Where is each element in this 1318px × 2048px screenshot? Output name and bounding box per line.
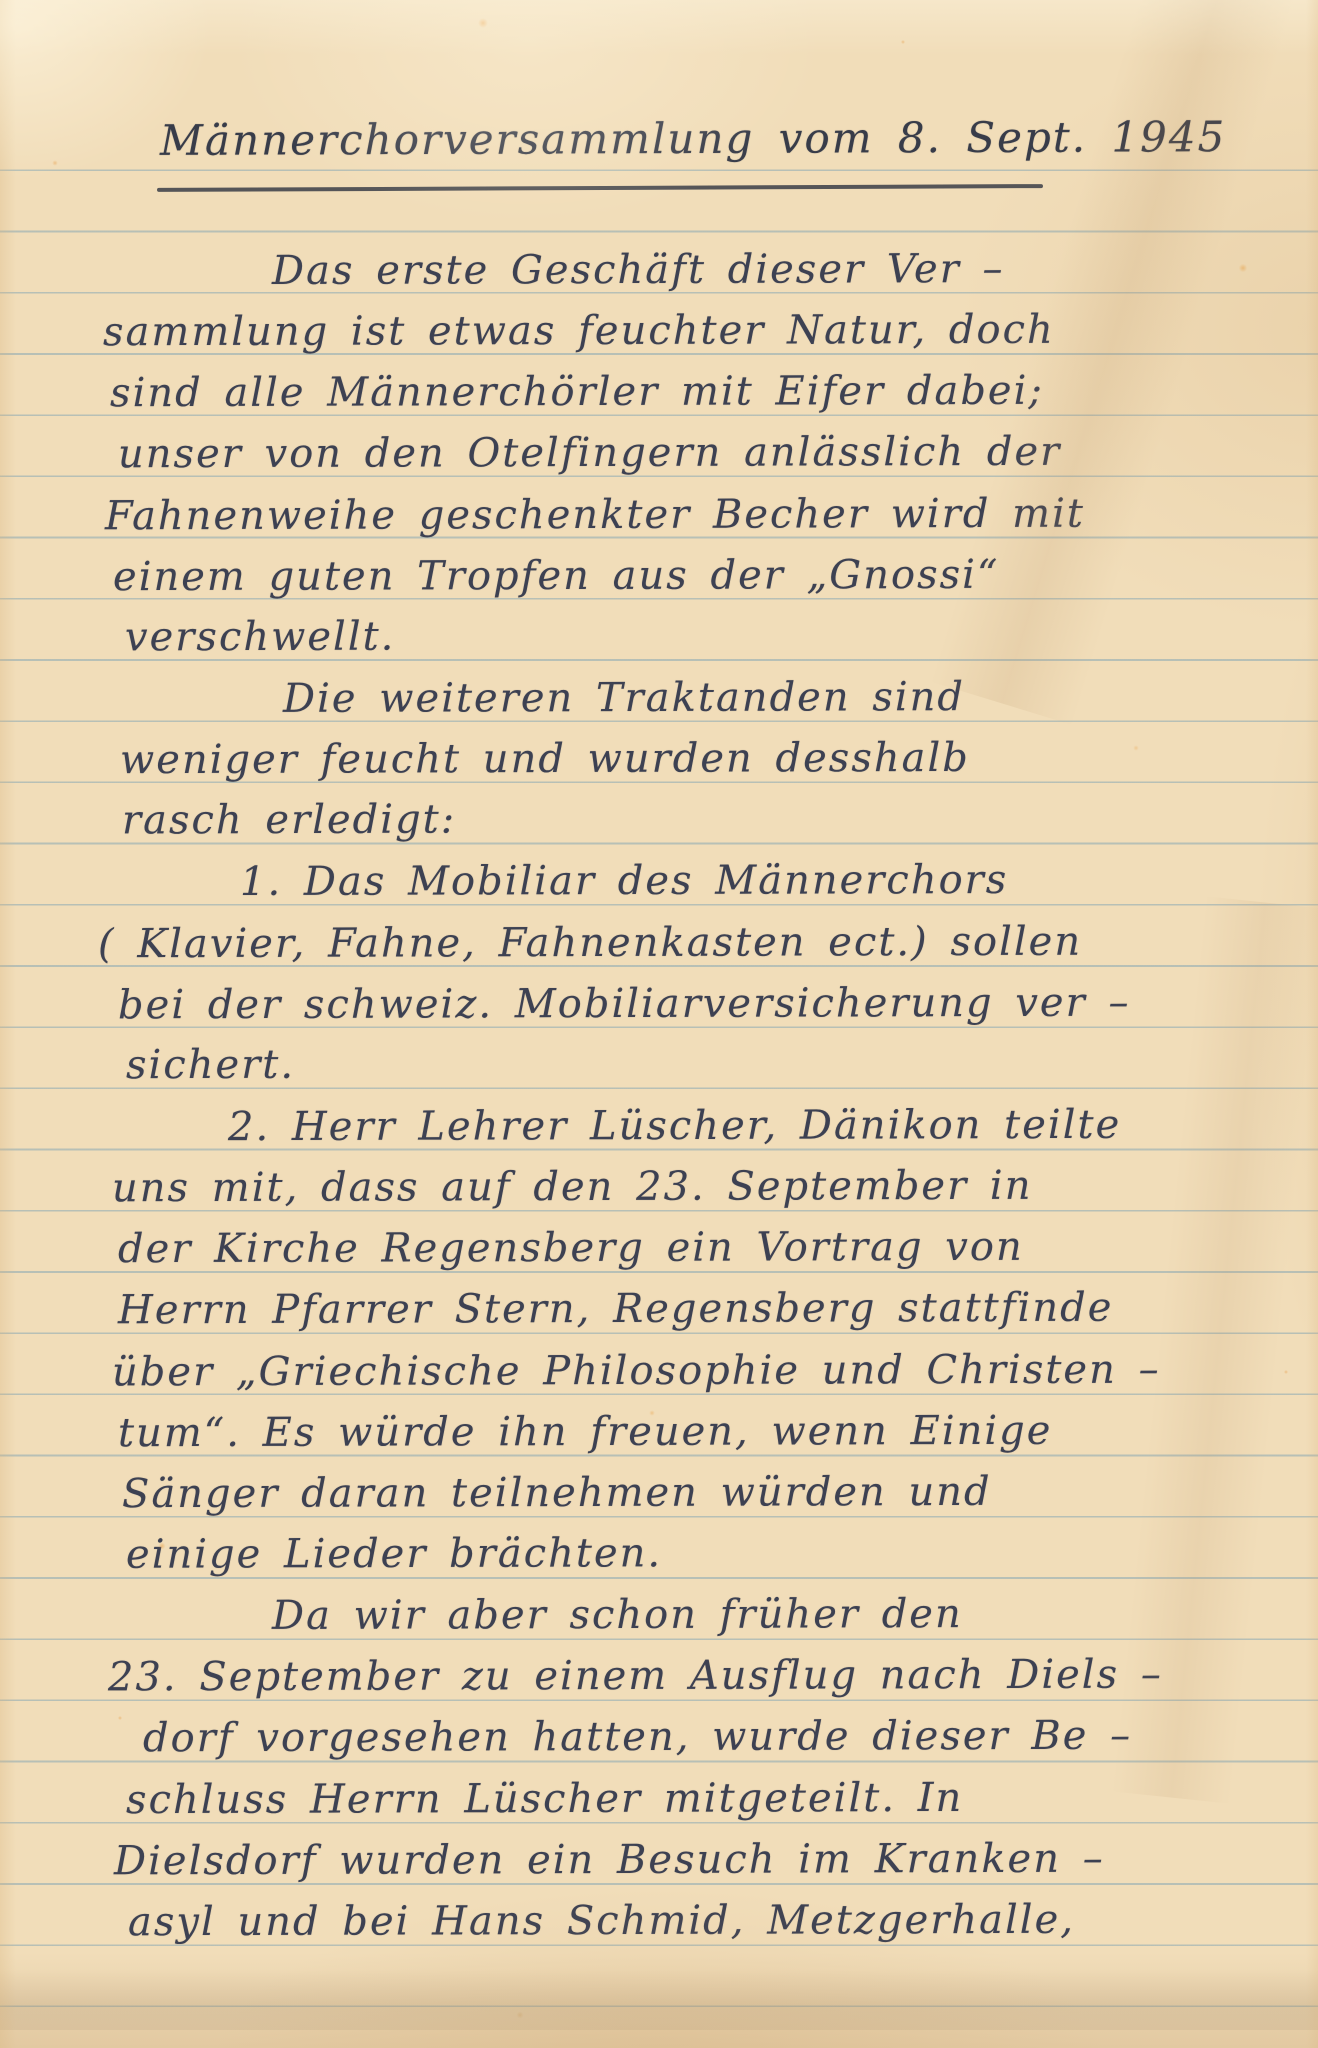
handwritten-line: tum“. Es würde ihn freuen, wenn Einige — [118, 1402, 1053, 1462]
handwritten-line: sammlung ist etwas feuchter Natur, doch — [103, 301, 1055, 361]
handwritten-line: Dielsdorf wurden ein Besuch im Kranken – — [114, 1830, 1105, 1891]
handwritten-line: der Kirche Regensberg ein Vortrag von — [118, 1218, 1024, 1278]
handwritten-line: bei der schweiz. Mobiliarversicherung ve… — [118, 974, 1131, 1035]
handwritten-line: schluss Herrn Lüscher mitgeteilt. In — [126, 1769, 963, 1829]
handwritten-line: asyl und bei Hans Schmid, Metzgerhalle, — [128, 1891, 1075, 1951]
handwritten-line: verschwellt. — [125, 608, 396, 667]
handwritten-line: Da wir aber schon früher den — [272, 1585, 963, 1645]
handwritten-line: ( Klavier, Fahne, Fahnenkasten ect.) sol… — [98, 913, 1082, 974]
handwritten-line: unser von den Otelfingern anlässlich der — [118, 423, 1061, 483]
handwritten-line: Die weiteren Traktanden sind — [283, 668, 965, 728]
handwritten-line: über „Griechische Philosophie und Christ… — [112, 1341, 1161, 1402]
handwritten-line: dorf vorgesehen hatten, wurde dieser Be … — [143, 1707, 1132, 1768]
paper-crease — [0, 1970, 1318, 2030]
handwritten-line: sind alle Männerchörler mit Eifer dabei; — [110, 362, 1044, 422]
handwritten-line: Sänger daran teilnehmen würden und — [122, 1463, 992, 1523]
handwritten-line: Das erste Geschäft dieser Ver – — [272, 240, 1005, 300]
handwritten-line: rasch erledigt: — [122, 791, 456, 850]
document-page: Männerchorversammlung vom 8. Sept. 1945 … — [0, 0, 1318, 2048]
handwritten-line: sichert. — [126, 1036, 295, 1094]
page-title: Männerchorversammlung vom 8. Sept. 1945 — [160, 106, 1226, 172]
handwritten-line: 2. Herr Lehrer Lüscher, Dänikon teilte — [228, 1096, 1121, 1156]
handwritten-line: Herrn Pfarrer Stern, Regensberg stattfin… — [118, 1279, 1114, 1340]
handwritten-line: weniger feucht und wurden desshalb — [120, 729, 970, 789]
handwritten-line: uns mit, dass auf den 23. September in — [112, 1157, 1033, 1217]
handwritten-line: 23. September zu einem Ausflug nach Diel… — [108, 1646, 1163, 1707]
handwritten-line: einige Lieder brächten. — [126, 1524, 662, 1583]
handwritten-line: einem guten Tropfen aus der „Gnossi“ — [113, 546, 1000, 606]
handwritten-line: 1. Das Mobiliar des Männerchors — [240, 851, 1008, 911]
handwritten-line: Fahnenweihe geschenkter Becher wird mit — [105, 485, 1085, 546]
title-underline — [157, 184, 1043, 192]
